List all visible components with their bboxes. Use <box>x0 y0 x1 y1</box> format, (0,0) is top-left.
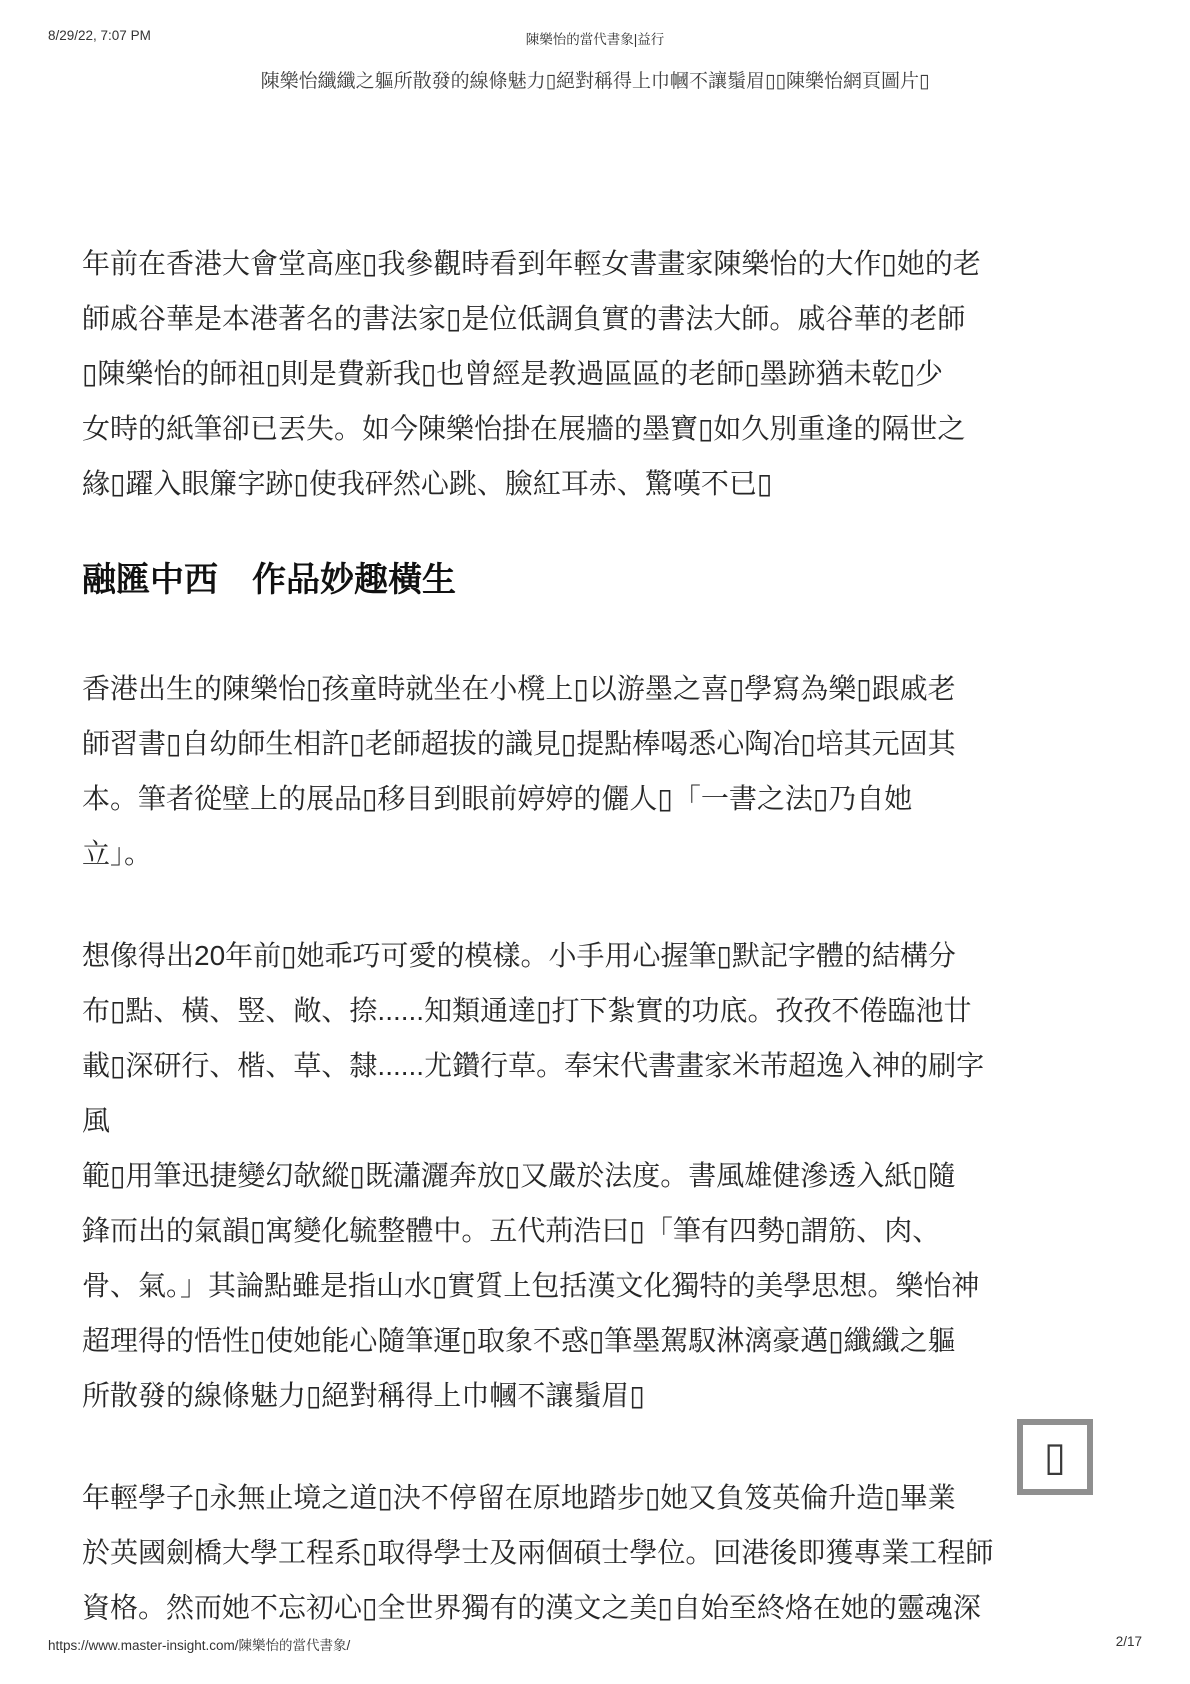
paragraph-calligraphy-style: 想像得出20年前▯她乖巧可愛的模樣。小手用心握筆▯默記字體的結構分 布▯點、橫、… <box>82 928 998 1423</box>
missing-glyph-icon: ▯ <box>1044 1437 1066 1477</box>
section-heading: 融匯中西 作品妙趣橫生 <box>82 558 998 602</box>
article-body: 年前在香港大會堂高座▯我參觀時看到年輕女書畫家陳樂怡的大作▯她的老 師戚谷華是本… <box>82 236 998 1682</box>
floating-widget-button[interactable]: ▯ <box>1017 1419 1093 1495</box>
paragraph-childhood: 香港出生的陳樂怡▯孩童時就坐在小櫈上▯以游墨之喜▯學寫為樂▯跟戚老 師習書▯自幼… <box>82 661 998 881</box>
print-header: 8/29/22, 7:07 PM 陳樂怡的當代書象|益行 <box>48 28 1142 46</box>
image-caption: 陳樂怡纖纖之軀所散發的線條魅力▯絕對稱得上巾幗不讓鬚眉▯▯陳樂怡網頁圖片▯ <box>0 66 1190 93</box>
document-title: 陳樂怡的當代書象|益行 <box>48 28 1142 48</box>
paragraph-education: 年輕學子▯永無止境之道▯決不停留在原地踏步▯她又負笈英倫升造▯畢業 於英國劍橋大… <box>82 1470 998 1635</box>
source-url: https://www.master-insight.com/陳樂怡的當代書象/ <box>48 1634 350 1654</box>
page-number: 2/17 <box>1116 1634 1142 1649</box>
print-footer: https://www.master-insight.com/陳樂怡的當代書象/… <box>48 1634 1142 1652</box>
paragraph-intro: 年前在香港大會堂高座▯我參觀時看到年輕女書畫家陳樂怡的大作▯她的老 師戚谷華是本… <box>82 236 998 511</box>
